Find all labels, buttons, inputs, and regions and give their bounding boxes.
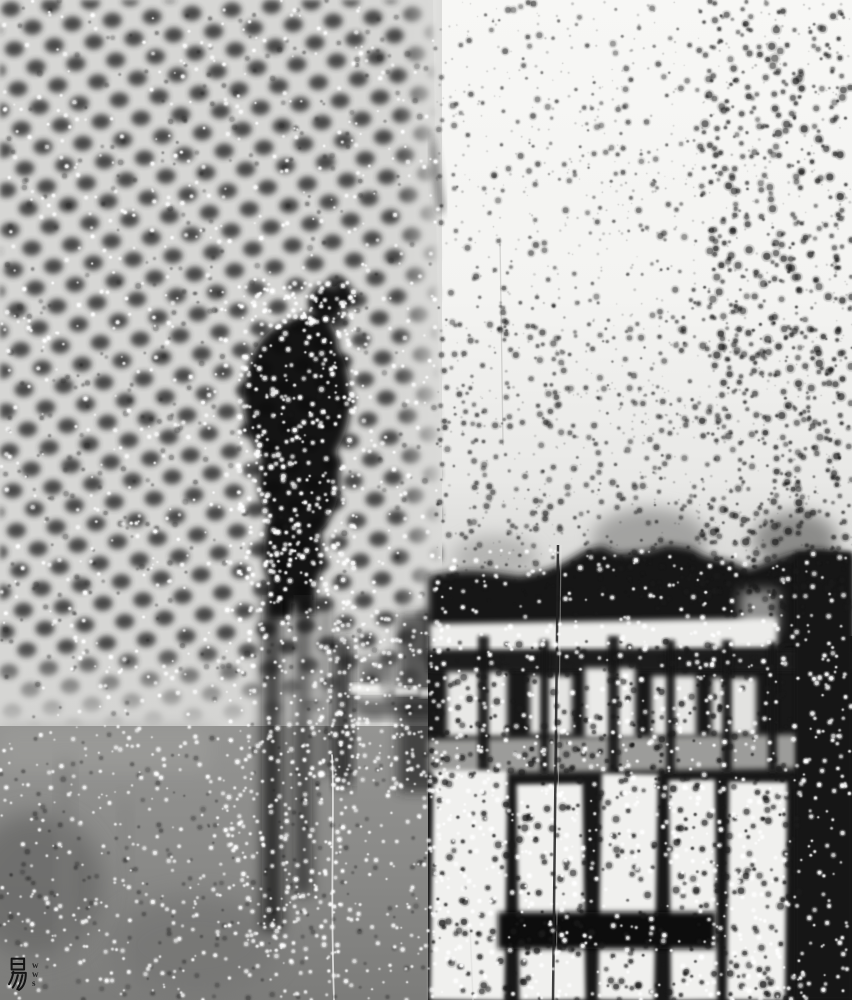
seal-character-glyph bbox=[7, 957, 31, 991]
signature-initials: w w s bbox=[32, 961, 39, 988]
photograph: w w s bbox=[0, 0, 852, 1000]
artist-signature: w w s bbox=[7, 957, 39, 991]
signature-initial: s bbox=[32, 979, 39, 988]
raindrops-canvas bbox=[0, 0, 852, 1000]
